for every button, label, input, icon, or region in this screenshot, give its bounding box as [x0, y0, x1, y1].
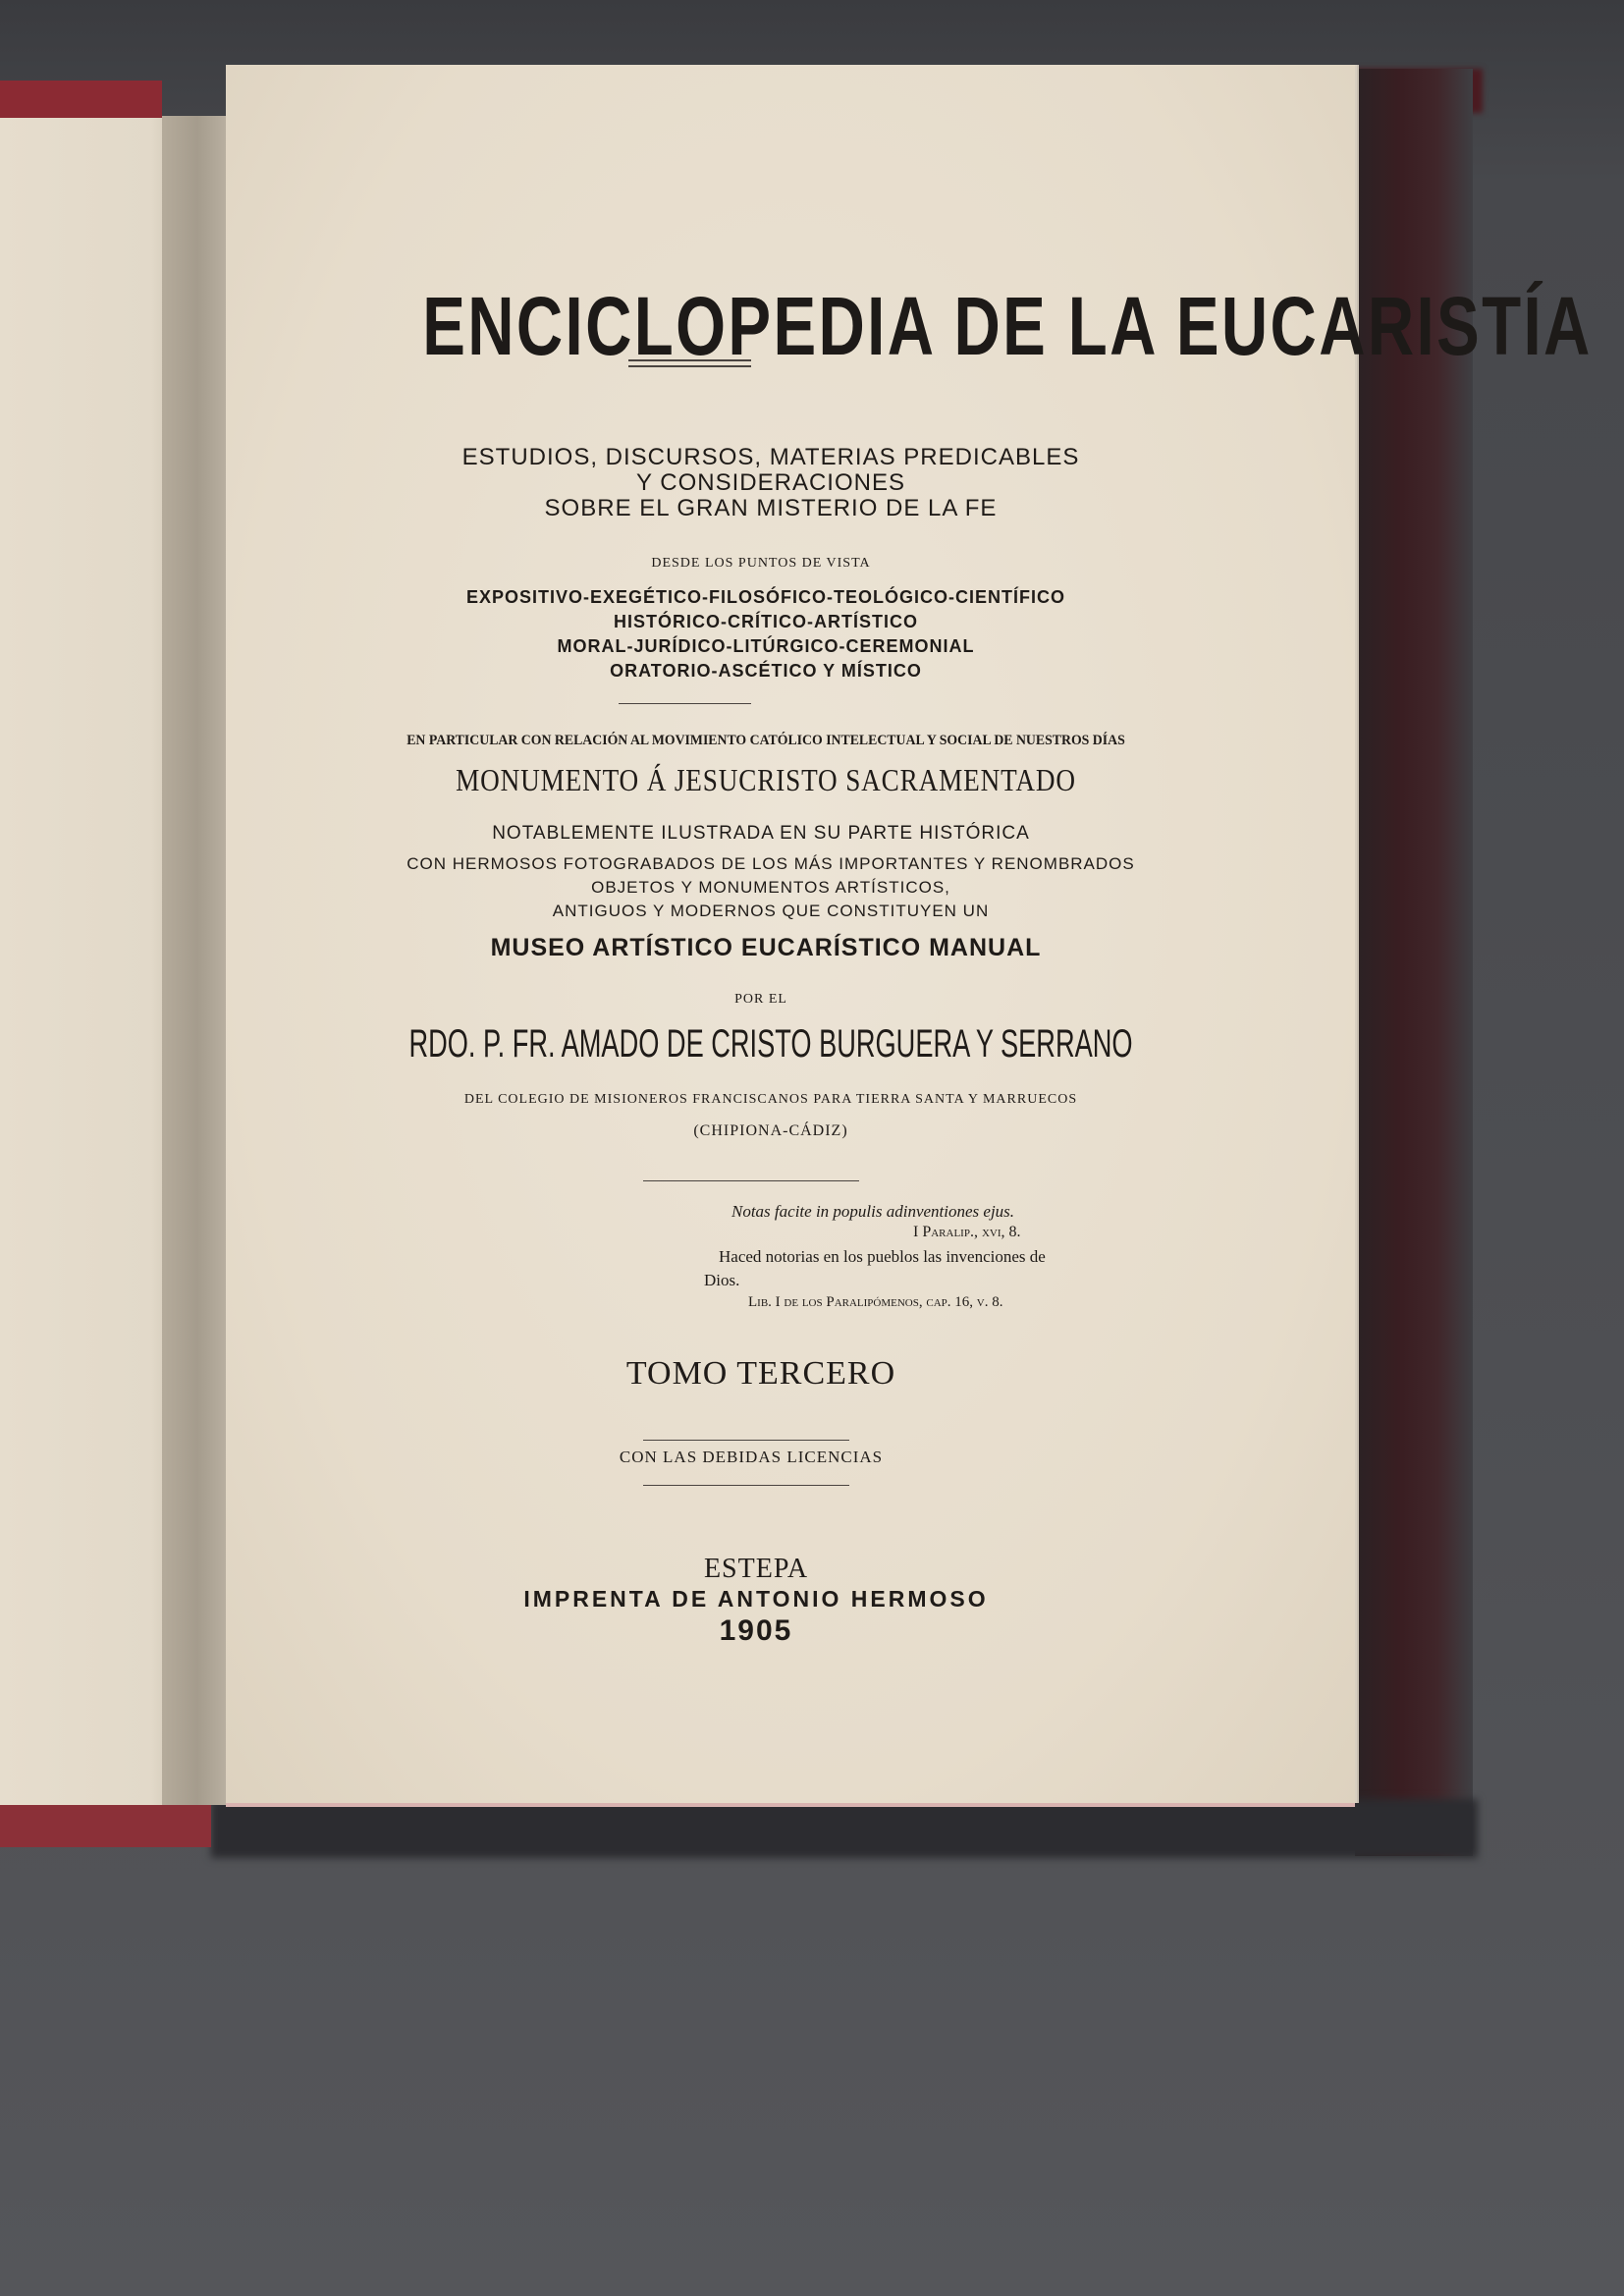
monument-line: MONUMENTO Á JESUCRISTO SACRAMENTADO	[307, 762, 1225, 798]
college-line: DEL COLEGIO DE MISIONEROS FRANCISCANOS P…	[226, 1092, 1316, 1108]
book-shadow	[211, 1799, 1478, 1858]
book-binding-bottom	[0, 1803, 211, 1847]
divider	[643, 1440, 849, 1441]
particular-line: EN PARTICULAR CON RELACIÓN AL MOVIMIENTO…	[387, 733, 1146, 749]
author-name: RDO. P. FR. AMADO DE CRISTO BURGUERA Y S…	[401, 1022, 1142, 1066]
photo-line-2: OBJETOS Y MONUMENTOS ARTÍSTICOS,	[226, 878, 1316, 898]
subtitle-line-2: Y CONSIDERACIONES	[226, 469, 1316, 497]
divider	[619, 703, 751, 704]
viewpoints-intro: DESDE LOS PUNTOS DE VISTA	[226, 556, 1296, 572]
divider	[643, 1485, 849, 1486]
subtitle-line-1: ESTUDIOS, DISCURSOS, MATERIAS PREDICABLE…	[226, 444, 1316, 471]
divider	[643, 1180, 859, 1181]
printer: IMPRENTA DE ANTONIO HERMOSO	[226, 1586, 1286, 1613]
museum-line: MUSEO ARTÍSTICO EUCARÍSTICO MANUAL	[226, 934, 1306, 962]
volume-label: TOMO TERCERO	[226, 1355, 1296, 1393]
viewpoints-line-4: ORATORIO-ASCÉTICO Y MÍSTICO	[226, 661, 1306, 682]
epigraph-spanish-1: Haced notorias en los pueblos las invenc…	[719, 1247, 1046, 1267]
divider	[628, 359, 751, 361]
epigraph-latin: Notas facite in populis adinventiones ej…	[731, 1202, 1014, 1222]
epigraph-spanish-reference: Lib. I de los Paralipómenos, cap. 16, v.…	[748, 1294, 1002, 1311]
scan-background: ENCICLOPEDIA DE LA EUCARISTÍA ESTUDIOS, …	[0, 0, 1624, 2296]
viewpoints-line-2: HISTÓRICO-CRÍTICO-ARTÍSTICO	[226, 612, 1306, 632]
year: 1905	[226, 1614, 1286, 1648]
viewpoints-line-3: MORAL-JURÍDICO-LITÚRGICO-CEREMONIAL	[226, 636, 1306, 657]
title-page: ENCICLOPEDIA DE LA EUCARISTÍA ESTUDIOS, …	[226, 65, 1355, 1803]
location-line: (CHIPIONA-CÁDIZ)	[226, 1122, 1316, 1140]
divider	[628, 365, 751, 367]
epigraph-latin-reference: I Paralip., xvi, 8.	[913, 1224, 1021, 1241]
city: ESTEPA	[226, 1554, 1286, 1585]
book-binding-top	[0, 81, 162, 118]
by-line: POR EL	[226, 992, 1296, 1008]
epigraph-spanish-2: Dios.	[704, 1271, 739, 1290]
viewpoints-line-1: EXPOSITIVO-EXEGÉTICO-FILOSÓFICO-TEOLÓGIC…	[226, 587, 1306, 608]
licenses-line: CON LAS DEBIDAS LICENCIAS	[226, 1448, 1276, 1467]
photo-line-1: CON HERMOSOS FOTOGRABADOS DE LOS MÁS IMP…	[226, 854, 1316, 874]
subtitle-line-3: SOBRE EL GRAN MISTERIO DE LA FE	[226, 495, 1316, 522]
illustrated-line: NOTABLEMENTE ILUSTRADA EN SU PARTE HISTÓ…	[226, 823, 1296, 845]
photo-line-3: ANTIGUOS Y MODERNOS QUE CONSTITUYEN UN	[226, 902, 1316, 921]
